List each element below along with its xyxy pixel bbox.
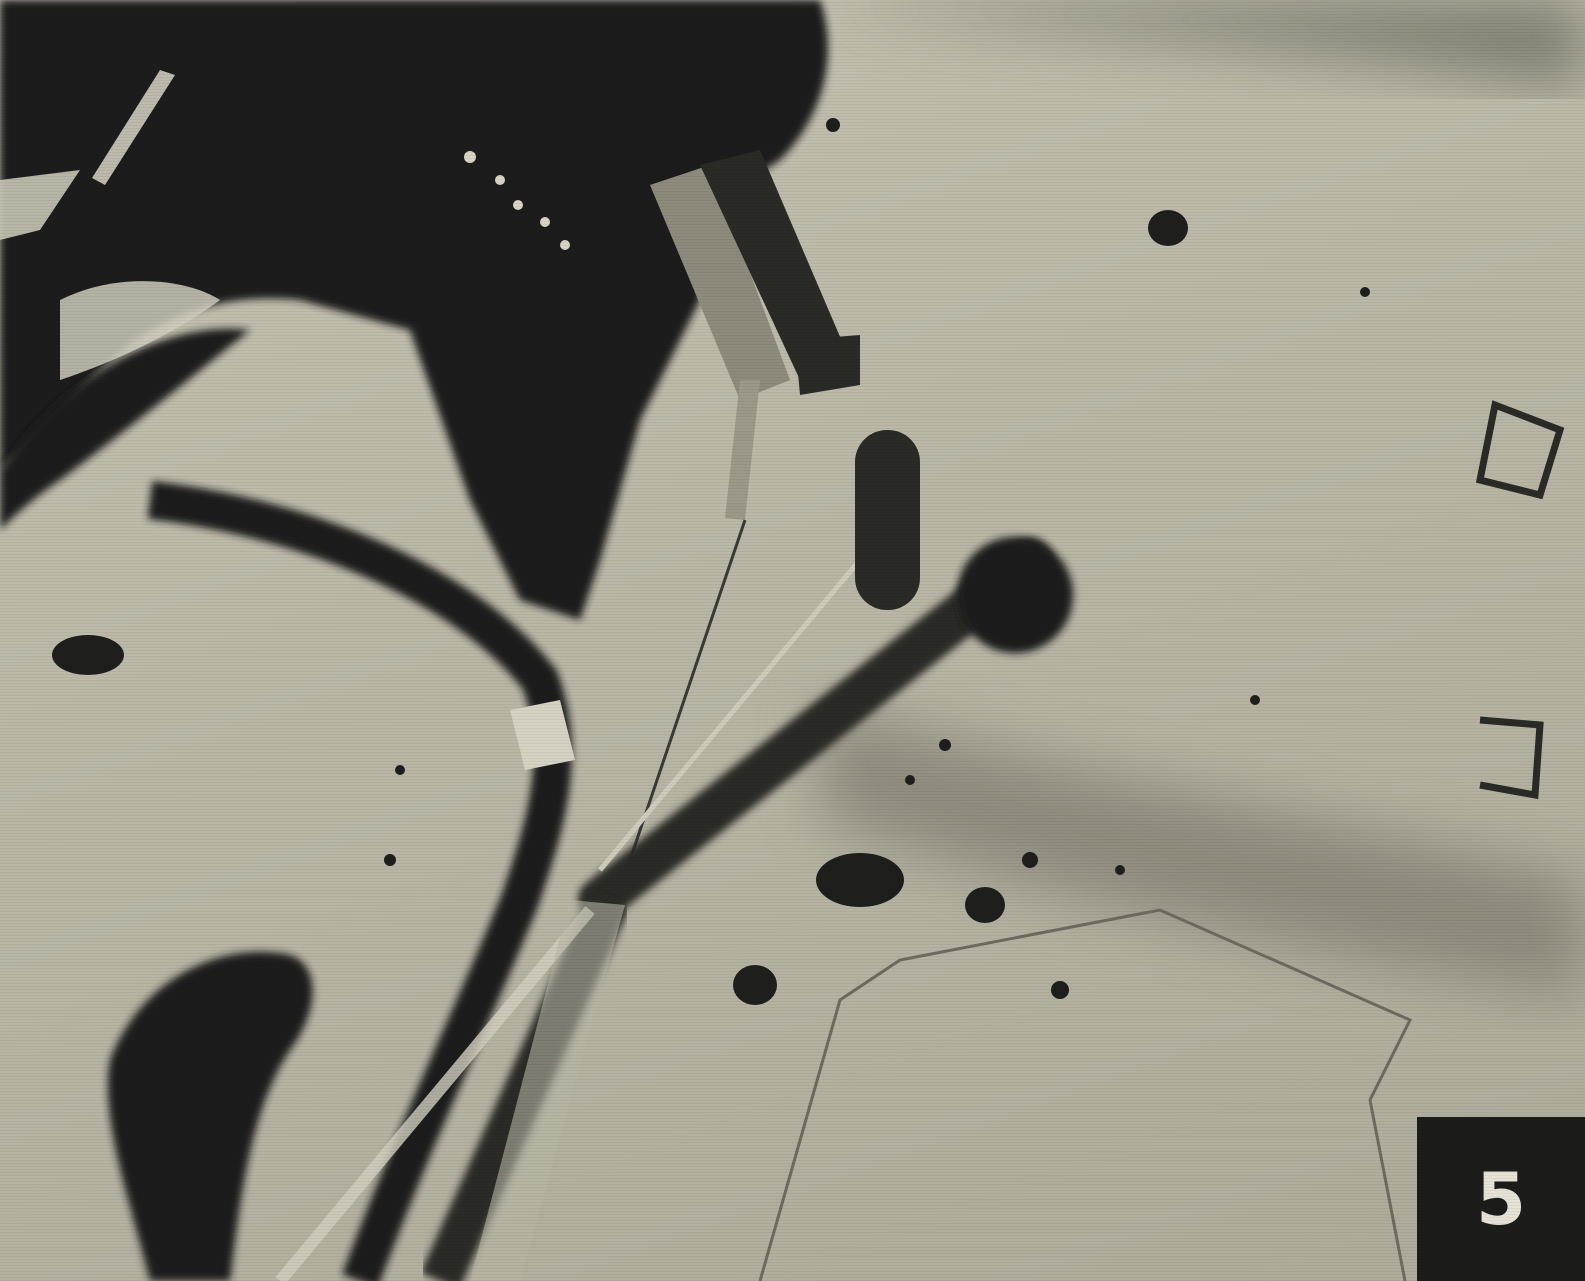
figure-number: 5 bbox=[1476, 1163, 1526, 1235]
clamp bbox=[795, 335, 860, 395]
figure-number-badge: 5 bbox=[1417, 1117, 1585, 1281]
dark-blob bbox=[108, 952, 312, 1281]
shadow-band bbox=[820, 700, 1585, 1000]
plate-edge bbox=[760, 910, 1410, 1281]
tab-cutouts bbox=[1480, 405, 1560, 795]
slot-lever bbox=[855, 430, 920, 610]
photograph: 5 bbox=[0, 0, 1585, 1281]
knob bbox=[957, 537, 1073, 653]
mechanism-scene bbox=[0, 0, 1585, 1281]
pin bbox=[725, 380, 760, 520]
top-shadow bbox=[820, 0, 1585, 90]
